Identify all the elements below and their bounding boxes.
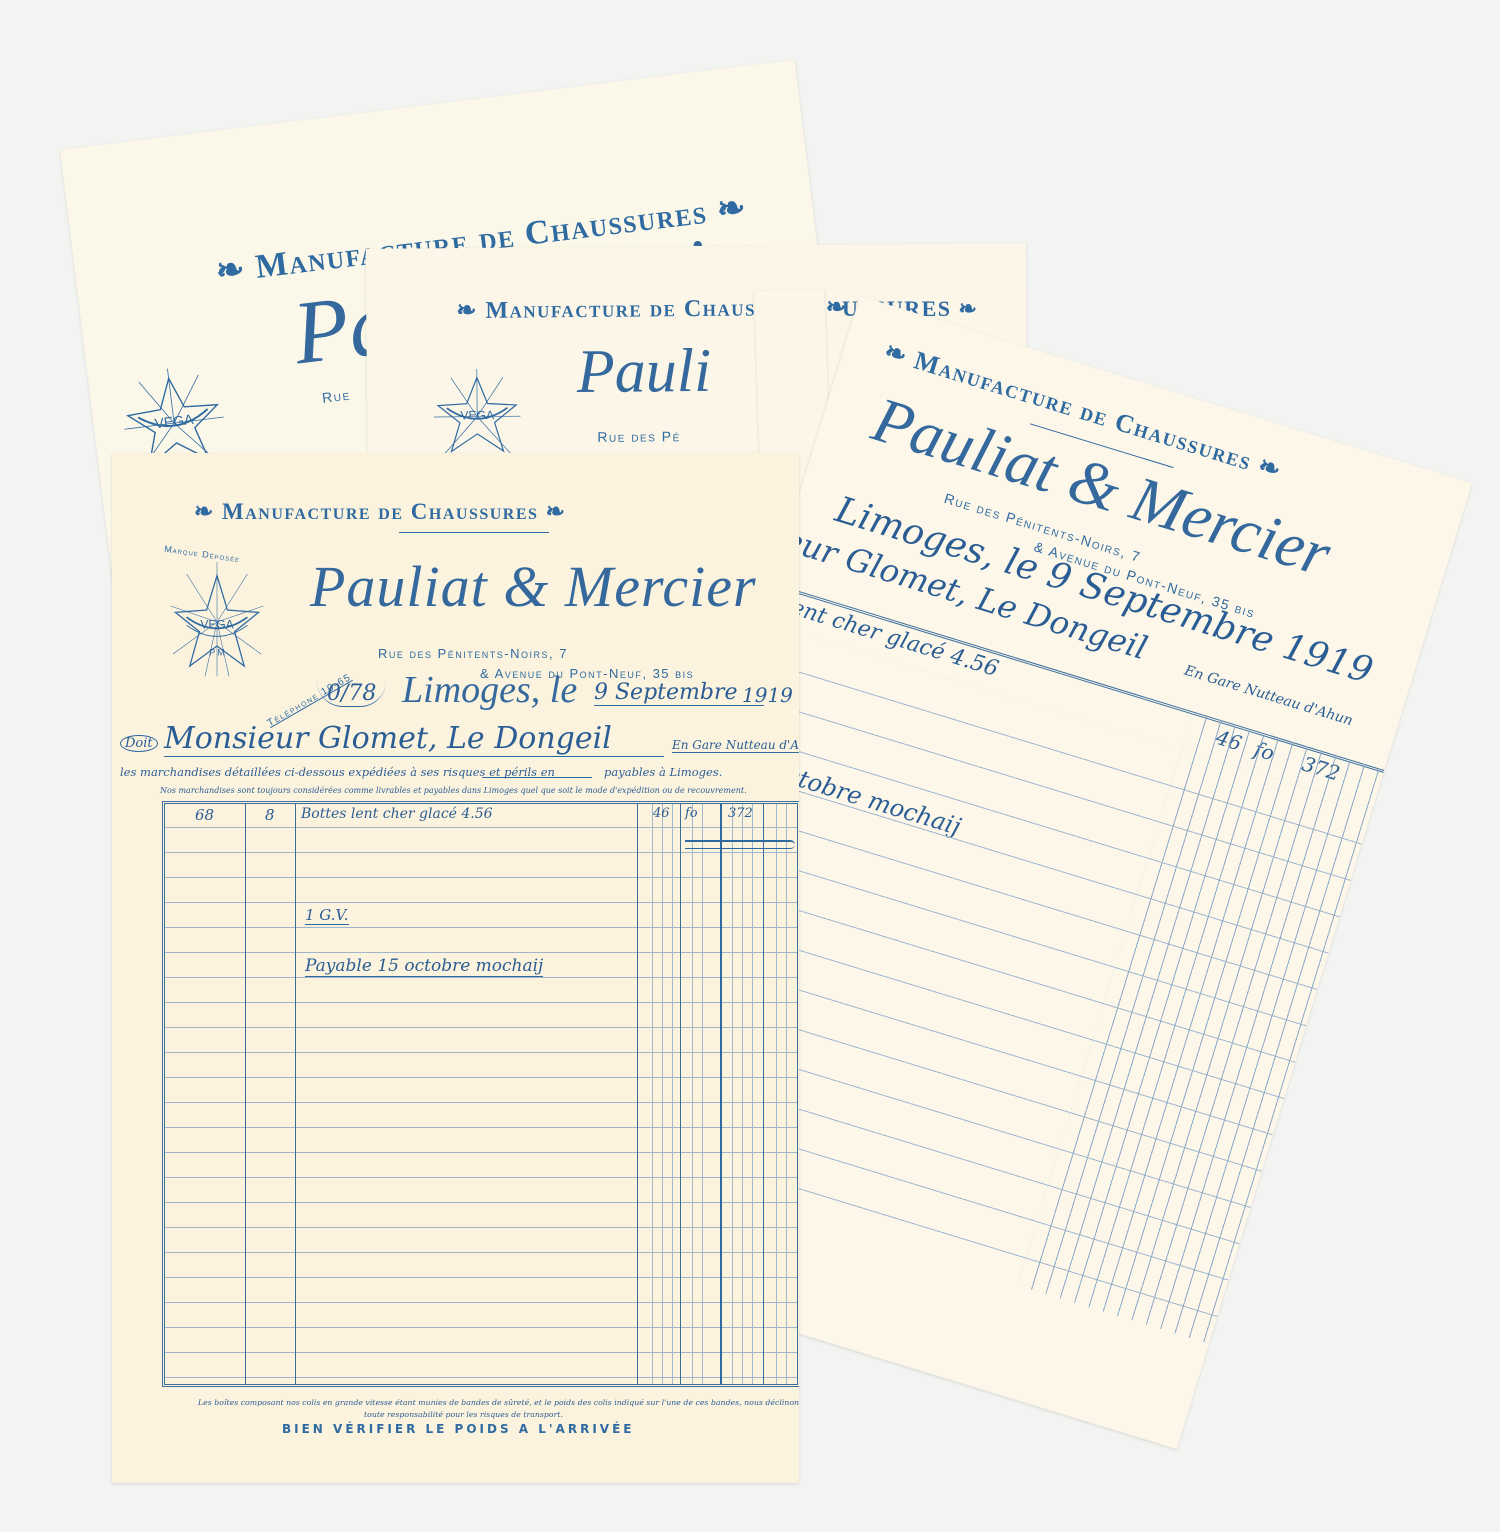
leaf-ornament-icon: ❧ xyxy=(1254,451,1285,487)
trademark-name: VEGA xyxy=(200,617,233,631)
column-divider xyxy=(245,804,246,1384)
item-description: Bottes lent cher glacé 4.56 xyxy=(301,806,493,822)
item-payment-terms: Payable 15 octobre mochaij xyxy=(305,956,543,977)
column-subdivider xyxy=(752,804,753,1384)
address-fragment: Rue xyxy=(321,386,351,405)
svg-text:VEGA: VEGA xyxy=(460,408,495,422)
column-subdivider xyxy=(662,804,663,1384)
table-row: Payable 15 octobre mochaij xyxy=(165,956,797,980)
invoice-year: 1919 xyxy=(742,683,793,707)
payable-clause: payables à Limoges. xyxy=(604,765,722,779)
column-subdivider xyxy=(776,804,777,1384)
item-unit: fo xyxy=(685,806,698,821)
doit-label: Doit xyxy=(120,735,158,752)
leaf-ornament-icon: ❧ xyxy=(194,499,215,525)
reference-number: 0/78 xyxy=(317,681,386,707)
item-qty: 8 xyxy=(265,806,275,824)
letterhead-heading: Manufacture de Chaussures xyxy=(222,499,538,524)
column-subdivider xyxy=(732,804,733,1384)
column-divider xyxy=(637,804,638,1384)
item-unit-price: 46 xyxy=(653,806,670,821)
column-subdivider xyxy=(692,804,693,1384)
leaf-ornament-icon: ❧ xyxy=(214,248,249,291)
leaf-ornament-icon: ❧ xyxy=(881,336,912,372)
terms-note: Nos marchandises sont toujours considéré… xyxy=(160,786,747,795)
invoice-line-items-table: 68 8 Bottes lent cher glacé 4.56 46 fo 3… xyxy=(162,801,799,1387)
column-divider xyxy=(763,804,764,1384)
footer-warning: BIEN VÉRIFIER LE POIDS A L'ARRIVÉE xyxy=(282,1422,634,1436)
footer-disclaimer-line-2: toute responsabilité pour les risques de… xyxy=(364,1410,563,1419)
column-divider xyxy=(295,804,296,1384)
address-fragment: Rue des Pé xyxy=(597,428,680,445)
leaf-ornament-icon: ❧ xyxy=(546,499,567,525)
company-name-fragment: Pauli xyxy=(577,336,712,408)
column-subdivider xyxy=(742,804,743,1384)
delivery-note: En Gare Nutteau d'Ahun xyxy=(672,738,799,753)
invoice-sheet-front: ❧ Manufacture de Chaussures ❧ Marque Dép… xyxy=(112,453,799,1483)
address-line-1: Rue des Pénitents-Noirs, 7 xyxy=(378,646,568,661)
column-divider xyxy=(680,804,681,1384)
vega-star-logo-icon: VEGA P M xyxy=(167,558,267,678)
column-subdivider xyxy=(652,804,653,1384)
column-divider-thick xyxy=(720,804,722,1384)
invoice-date: 9 Septembre xyxy=(594,680,764,706)
leaf-ornament-icon: ❧ xyxy=(456,296,478,325)
footer-disclaimer-line-1: Les boîtes composant nos colis en grande… xyxy=(198,1398,799,1407)
total-underline-flourish xyxy=(685,840,795,849)
svg-text:VEGA: VEGA xyxy=(154,411,195,432)
shipping-mode-blank xyxy=(482,777,592,778)
trademark-initials: P M xyxy=(209,648,224,658)
table-row: 68 8 Bottes lent cher glacé 4.56 46 fo 3… xyxy=(165,806,797,830)
recipient-name: Monsieur Glomet, Le Dongeil xyxy=(164,721,664,757)
city-date-prefix: Limoges, le xyxy=(402,668,577,712)
heading-divider xyxy=(399,532,549,533)
item-ref: 68 xyxy=(195,806,214,824)
column-subdivider xyxy=(786,804,787,1384)
company-name: Pauliat & Mercier xyxy=(310,553,757,620)
table-row: 1 G.V. xyxy=(165,906,797,930)
item-note: 1 G.V. xyxy=(305,906,349,925)
item-total: 372 xyxy=(728,806,753,821)
column-subdivider xyxy=(702,804,703,1384)
leaf-ornament-icon: ❧ xyxy=(959,296,979,322)
column-subdivider xyxy=(672,804,673,1384)
